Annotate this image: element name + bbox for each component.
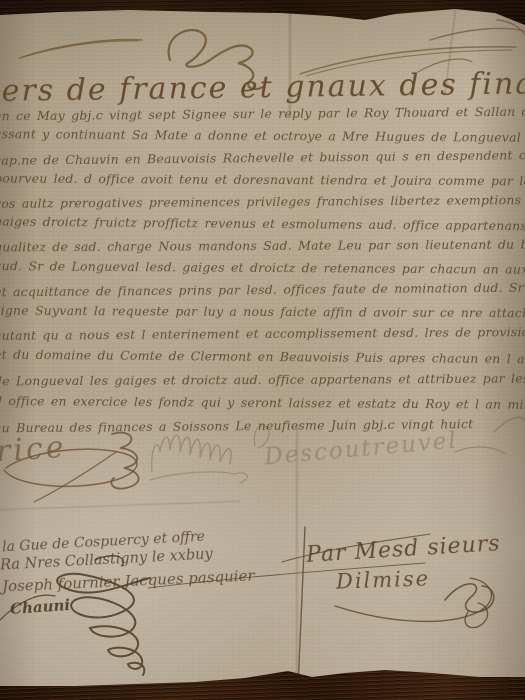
manuscript-line: qualitez de sad. charge Nous mandons Sad…: [0, 237, 525, 255]
parchment-document: iers de france et gnaux des finances a S…: [0, 0, 525, 700]
manuscript-photo: iers de france et gnaux des finances a S…: [0, 0, 525, 700]
manuscript-line: cap.ne de Chauvin en Beauvoisis Rachevel…: [0, 147, 525, 168]
manuscript-line: et acquittance de finances prins par les…: [0, 280, 525, 300]
manuscript-line: vos aultz prerogatives preeminences priv…: [0, 192, 525, 211]
manuscript-line: signe Suyvant la requeste par luy a nous…: [0, 303, 525, 321]
manuscript-line: autant qu a nous est l enterinement et a…: [0, 324, 525, 343]
manuscript-line: assant y continuant Sa Mate a donne et o…: [0, 126, 525, 145]
manuscript-line: pourveu led. d office avoit tenu et dore…: [0, 171, 525, 189]
manuscript-line: et du domaine du Comte de Clermont en Be…: [0, 347, 525, 367]
signature-bottom-left: Chauni: [9, 596, 70, 618]
manuscript-line: aud. Sr de Longueval lesd. gaiges et dro…: [0, 258, 525, 277]
signature-left-fragment: rice: [0, 430, 68, 470]
manuscript-line: de Longueval les gaiges et droictz aud. …: [0, 371, 525, 389]
signature-scrawl-center: [150, 426, 269, 483]
fold-crease-horizontal: [0, 500, 240, 511]
signature-right-faint: Descoutreuvel: [263, 428, 459, 471]
docket-par-messieurs: Par Mesd sieurs: [305, 531, 501, 568]
manuscript-line: d office en exercice les fondz qui y ser…: [0, 393, 525, 412]
manuscript-line: gaiges droictz fruictz proffictz revenus…: [0, 214, 525, 234]
document-heading: iers de france et gnaux des finances a S…: [0, 66, 525, 109]
docket-signature: Dilmise: [336, 566, 431, 593]
top-flourish-left: [20, 40, 142, 58]
